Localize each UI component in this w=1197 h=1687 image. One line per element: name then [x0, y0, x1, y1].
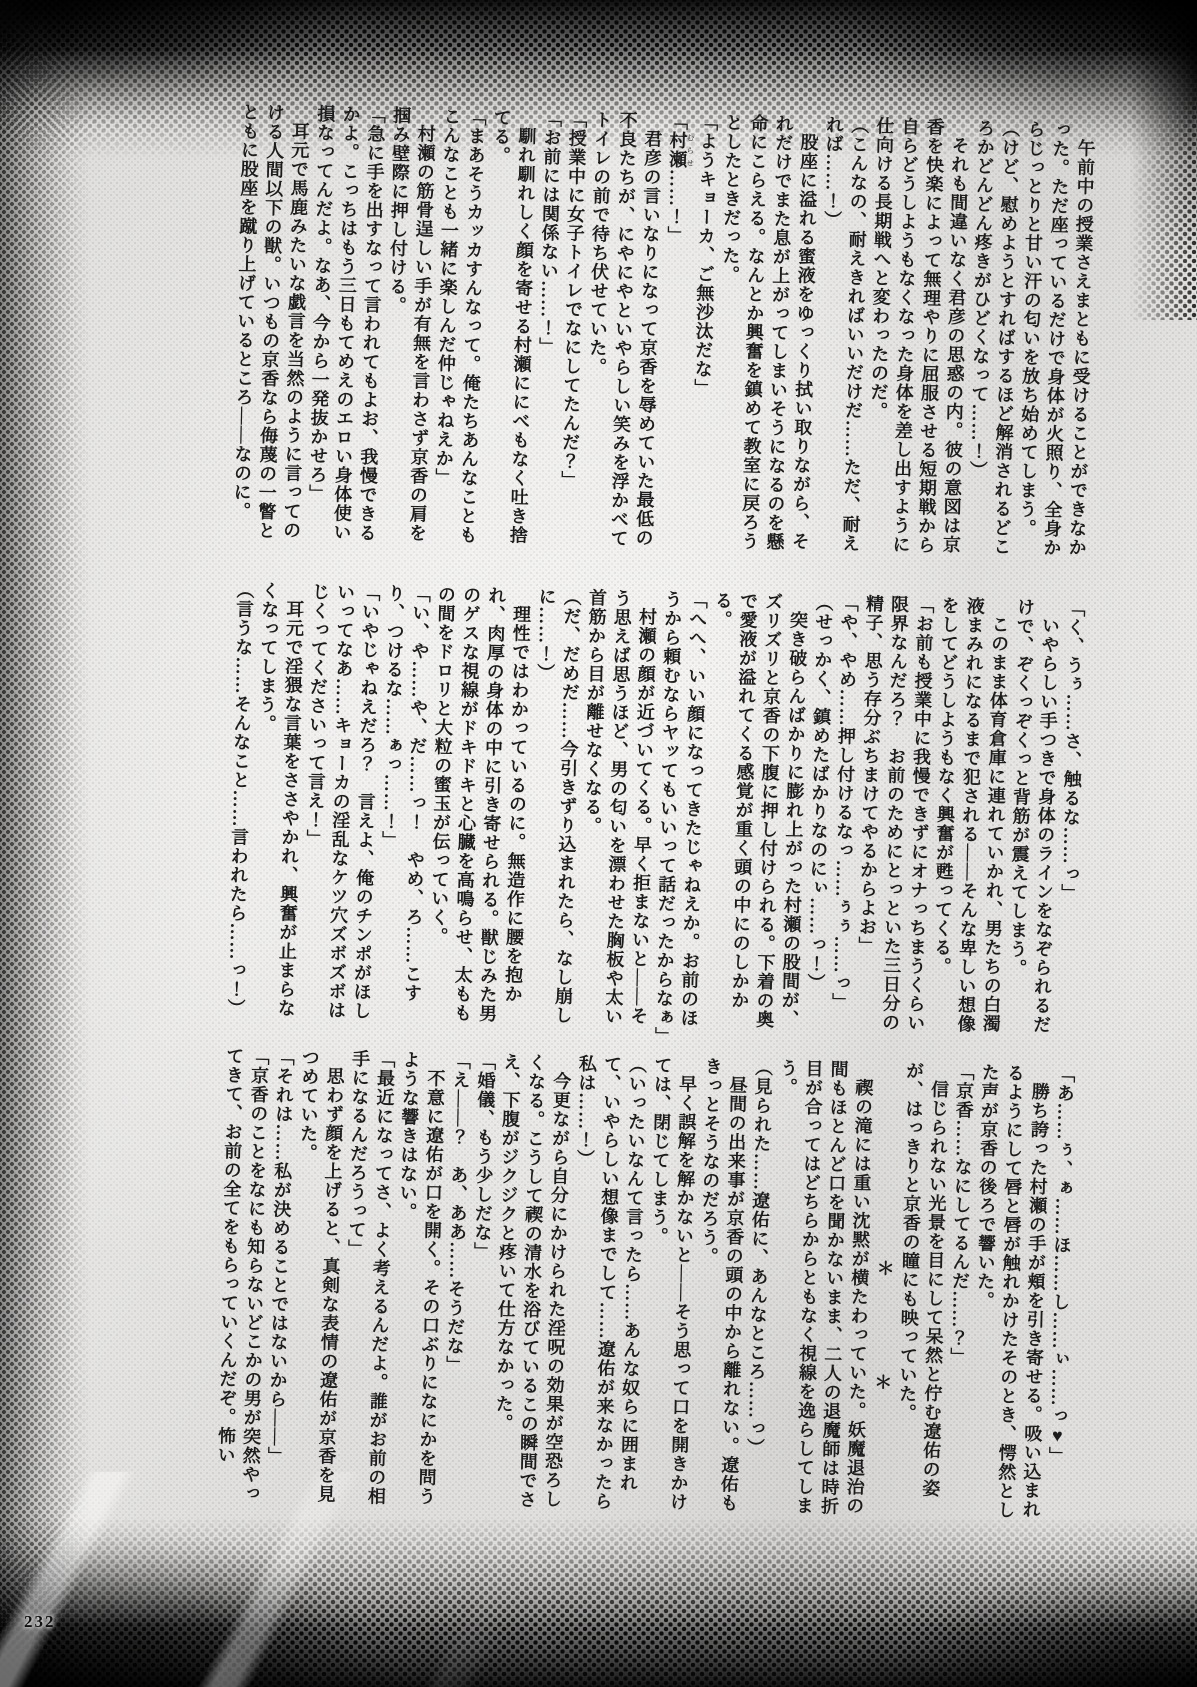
paragraph: 「い、や……や、だ……っ！ やめ、ろ……こすり、つけるな……ぁっ……！」 — [373, 584, 433, 1037]
paragraph: 君彦の言いなりになって京香を辱めていた最低の不良たちが、にやにやといやらしい笑み… — [580, 110, 665, 564]
text-band-top: 午前中の授業さえまともに受けることができなかった。ただ座っているだけで身体が火照… — [126, 100, 1098, 573]
paragraph: （だ、だめだ……今引きずり込まれたら、なし崩しに……！） — [524, 587, 584, 1040]
paragraph: （いったいなんて言ったら……あんな奴らに囲まれて、いやらしい想像までして……遼佑… — [564, 1054, 650, 1528]
text-band-middle: 「く、うぅ……さ、触るな……っ」いやらしい手つきで身体のラインをなぞられるだけで… — [116, 578, 1088, 1051]
paragraph: 勝ち誇った村瀬の手が頬を引き寄せる。吸い込まれるようにして唇と唇が触れかけたその… — [966, 1063, 1052, 1537]
text-band-bottom: 「あ……ぅ、ぁ……ほ……し……ぃ……っ♥」勝ち誇った村瀬の手が頬を引き寄せる。吸… — [105, 1044, 1077, 1537]
paragraph: このまま体育倉庫に連れていかれ、男たちの白濁液まみれになるまで犯される——そんな… — [927, 596, 1012, 1050]
paragraph: 理性ではわかっているのに。無造作に腰を抱かれ、肉厚の身体の中に引き寄せられる。獣… — [423, 585, 534, 1039]
paragraph: 「へへ、いい顔になってきたじゃねえか。お前のほうから頼むならヤッてもいいって話だ… — [650, 590, 710, 1043]
paragraph: 「最近になってさ、よく考えるんだよ。誰がお前の相手になるんだろうって」 — [337, 1049, 398, 1522]
paragraph: 昼間の出来事が京香の頭の中から離れない。遼佑もきっとそうなのだろう。 — [689, 1057, 750, 1530]
paragraph: それも間違いなく君彦の思惑の内。彼の意図は京香を快楽によって無理やりに屈服させる… — [862, 116, 973, 570]
page-number: 232 — [24, 1612, 56, 1632]
paragraph: いやらしい手つきで身体のラインをなぞられるだけで、ぞくっぞくっと背筋が震えてしま… — [1002, 597, 1062, 1050]
paragraph: 耳元で淫猥な言葉をささやかれ、興奮が止まらなくなってしまう。 — [247, 581, 307, 1034]
paragraph: 村瀬の筋骨逞しい手が有無を言わさず京香の肩を掴み壁際に押し付ける。 — [378, 106, 438, 559]
paragraph: 早く誤解を解かないと——そう思って口を開きかけては、閉じてしまう。 — [639, 1056, 700, 1529]
paragraph: （けど、慰めようとすればするほど解消されるどころかどんどん疼きがひどくなって……… — [962, 118, 1022, 571]
paragraph: 馴れ馴れしく顔を寄せる村瀬ににべもなく吐き捨てる。 — [479, 108, 539, 561]
paragraph: 「急に手を出すなって言われてもよお、我慢できるかよ。こっちはもう三日もてめえのエ… — [303, 104, 388, 558]
paragraph: 「まあそうカッカすんなって。俺たちあんなこともこんなことも一緒に楽しんだ仲じゃね… — [428, 107, 488, 560]
paragraph: 村瀬の顔が近づいてくる。早く拒まないと——そう思えば思うほど、男の匂いを漂わせた… — [574, 588, 659, 1042]
paragraph: 午前中の授業さえまともに受けることができなかった。ただ座っているだけで身体が火照… — [1013, 120, 1098, 574]
paragraph: 「京香のことをなにも知らないどこかの男が突然やってきて、お前の全てをもらっていく… — [211, 1046, 272, 1519]
paragraph: 禊の滝には重い沈黙が横たわっていた。妖魔退治の間もほとんど口を聞かないまま、二人… — [765, 1058, 876, 1532]
page-text-layer: 午前中の授業さえまともに受けることができなかった。ただ座っているだけで身体が火照… — [102, 0, 1101, 1687]
paragraph: 股座に溢れる蜜液をゆっくり拭い取りながら、それだけでまた息が上がってしまいそうに… — [710, 113, 821, 567]
paragraph: 「いやじゃねえだろ？ 言えよ、俺のチンポがほしいってなあ……キョーカの淫乱なケツ… — [297, 582, 382, 1036]
paragraph: 耳元で馬鹿みたいな戯言を当然のように言ってのける人間以下の獣。いつもの京香なら侮… — [227, 102, 312, 556]
halftone-border-right — [1122, 0, 1197, 320]
paragraph: 今更ながら自分にかけられた淫呪の効果が空恐ろしくなる。こうして禊の清水を浴びてい… — [488, 1052, 574, 1526]
paragraph: 不意に遼佑が口を開く。その口ぶりになにかを問うような響きはない。 — [387, 1050, 448, 1523]
paragraph: 突き破らんばかりに膨れ上がった村瀬の股間が、ズリズリと京香の下腹に押し付けられる… — [700, 591, 811, 1045]
paragraph: 信じられない光景を目にして呆然と佇む遼佑の姿が、はっきりと京香の瞳にも映っていた… — [891, 1061, 952, 1534]
paragraph: 「お前も授業中に我慢できずにオナっちまうくらい限界なんだろ？ お前のためにとっと… — [851, 594, 936, 1048]
paragraph: 思わず顔を上げると、真剣な表情の遼佑が京香を見つめていた。 — [287, 1048, 348, 1521]
halftone-border-left — [0, 0, 95, 1687]
paragraph: （こんなの、耐えきればいいだけだ……ただ、耐えれば……！） — [811, 115, 871, 568]
